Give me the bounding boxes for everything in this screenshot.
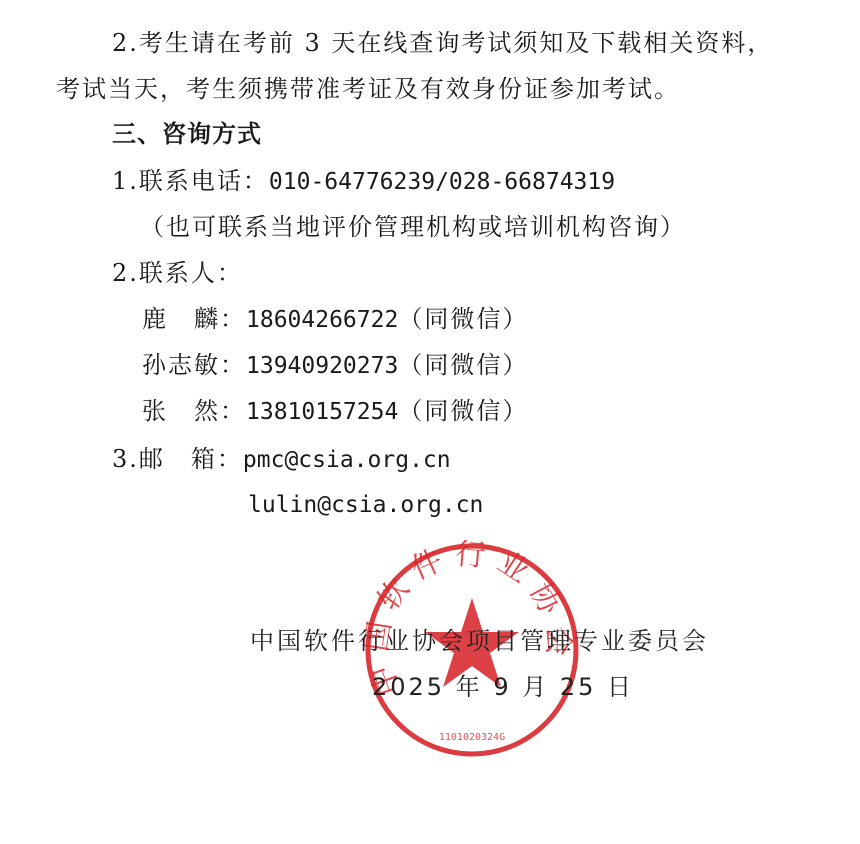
email-value: pmc@csia.org.cn [243,447,451,473]
notice-item-2-line-2: 考试当天，考生须携带准考证及有效身份证参加考试。 [56,74,680,104]
signature-organization: 中国软件行业协会项目管理专业委员会 [250,626,709,656]
contact-phone: 13940920273 [246,353,398,379]
notice-item-2-line-1: 2.考生请在考前 3 天在线查询考试须知及下载相关资料， [112,28,773,58]
email-row: 3.邮 箱：pmc@csia.org.cn [112,444,451,475]
signature-date: 2025 年 9 月 25 日 [372,672,634,702]
phone-value: 010-64776239/028-66874319 [269,169,615,195]
contact-row: 孙志敏：13940920273（同微信） [142,350,528,381]
contact-name: 张 然： [142,397,246,425]
contact-phone: 18604266722 [246,307,398,333]
contact-phone: 13810157254 [246,399,398,425]
contact-row: 张 然：13810157254（同微信） [142,396,528,427]
phone-note: （也可联系当地评价管理机构或培训机构咨询） [140,212,686,242]
contact-note: （同微信） [398,397,528,425]
email-value-2: lulin@csia.org.cn [248,490,483,520]
section-heading: 三、咨询方式 [112,119,262,149]
stamp-code: 1101020324G [439,732,505,743]
phone-row: 1.联系电话：010-64776239/028-66874319 [112,166,615,197]
email-label: 3.邮 箱： [112,445,243,473]
contact-name: 鹿 麟： [142,305,246,333]
contact-name: 孙志敏： [142,351,246,379]
phone-label: 1.联系电话： [112,167,269,195]
contacts-label: 2.联系人： [112,258,243,288]
contact-note: （同微信） [398,351,528,379]
contact-row: 鹿 麟：18604266722（同微信） [142,304,528,335]
contact-note: （同微信） [398,305,528,333]
